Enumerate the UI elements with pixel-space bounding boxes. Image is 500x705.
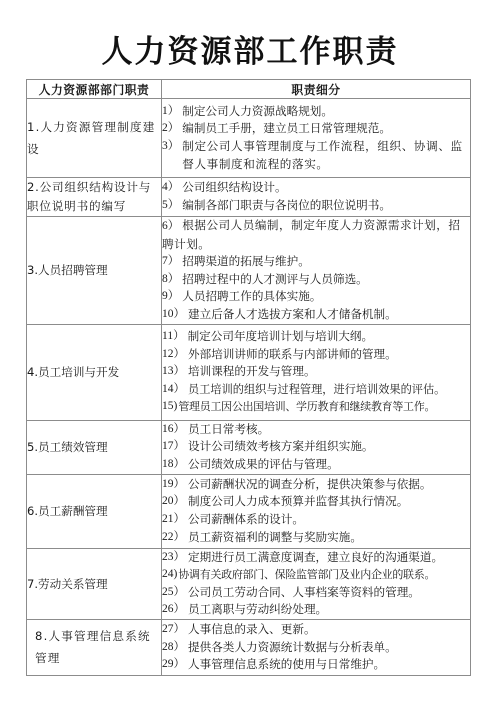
item-number: 19） [162,476,188,494]
duty-item: 17）设计公司绩效考核方案并组织实施。 [162,438,470,456]
department-cell: 4.员工培训与开发 [27,324,162,420]
duty-item: 12）外部培训讲师的联系与内部讲师的管理。 [162,346,470,364]
item-number: 13） [162,363,188,381]
duty-item: 23）定期进行员工满意度调查，建立良好的沟通渠道。 [162,549,470,567]
duty-item: 8）招聘过程中的人才测评与人员筛选。 [162,271,470,289]
duty-item: 6）根据公司人员编制，制定年度人力资源需求计划，招聘计划。 [162,217,470,253]
duty-items-cell: 4）公司组织结构设计。 5）编制各部门职责与各岗位的职位说明书。 [162,178,471,217]
duty-item: 25）公司员工劳动合同、人事档案等资料的管理。 [162,584,470,602]
item-text: 公司组织结构设计。 [182,179,470,197]
duty-item: 20）制度公司人力成本预算并监督其执行情况。 [162,493,470,511]
duty-item: 5）编制各部门职责与各岗位的职位说明书。 [162,197,470,215]
item-text: 公司员工劳动合同、人事档案等资料的管理。 [188,584,470,602]
department-cell: 8.人事管理信息系统管理 [27,619,162,675]
department-cell: 2.公司组织结构设计与职位说明书的编写 [27,178,162,217]
duty-items-cell: 6）根据公司人员编制，制定年度人力资源需求计划，招聘计划。 7）招聘渠道的拓展与… [162,217,471,325]
table-row: 6.员工薪酬管理 19）公司薪酬状况的调查分析，提供决策参与依据。 20）制度公… [27,474,471,548]
item-text: 人员招聘工作的具体实施。 [182,288,470,306]
duty-items-cell: 19）公司薪酬状况的调查分析，提供决策参与依据。 20）制度公司人力成本预算并监… [162,474,471,548]
department-cell: 1.人力资源管理制度建设 [27,99,162,178]
duty-item: 13）培训课程的开发与管理。 [162,363,470,381]
duty-item: 4）公司组织结构设计。 [162,179,470,197]
item-text: 制定公司人事管理制度与工作流程，组织、协调、监督人事制度和流程的落实。 [182,138,470,173]
item-text: 编制各部门职责与各岗位的职位说明书。 [182,197,470,215]
table-row: 1.人力资源管理制度建设 1）制定公司人力资源战略规划。 2）编制员工手册，建立… [27,99,471,178]
table-row: 8.人事管理信息系统管理 27）人事信息的录入、更新。 28）提供各类人力资源统… [27,619,471,675]
item-text: 协调有关政府部门、保险监管部门及业内企业的联系。 [178,566,470,584]
item-text: 管理员工因公出国培训、学历教育和继续教育等工作。 [178,398,470,416]
duty-item: 28）提供各类人力资源统计数据与分析表单。 [162,639,470,657]
duty-item: 14）员工培训的组织与过程管理，进行培训效果的评估。 [162,381,470,399]
duty-item: 26）员工离职与劳动纠纷处理。 [162,601,470,619]
duty-items-cell: 16）员工日常考核。 17）设计公司绩效考核方案并组织实施。 18）公司绩效成果… [162,420,471,474]
duty-item: 24)协调有关政府部门、保险监管部门及业内企业的联系。 [162,566,470,584]
item-text: 员工培训的组织与过程管理，进行培训效果的评估。 [188,381,470,399]
duty-item: 29）人事管理信息系统的使用与日常维护。 [162,656,470,674]
duty-item: 22）员工薪资福利的调整与奖励实施。 [162,529,470,547]
item-text: 人事管理信息系统的使用与日常维护。 [188,656,470,674]
item-text: 员工薪资福利的调整与奖励实施。 [188,529,470,547]
header-duty-details: 职责细分 [162,80,471,99]
item-number: 4） [162,179,182,197]
item-number: 7） [162,253,182,271]
item-text: 根据公司人员编制，制定年度人力资源需求计划，招聘计划。 [162,218,460,251]
item-number: 23） [162,549,188,567]
item-number: 9） [162,288,182,306]
duty-item: 3）制定公司人事管理制度与工作流程，组织、协调、监督人事制度和流程的落实。 [162,138,470,173]
item-number: 17） [162,438,188,456]
item-number: 26） [162,601,188,619]
duty-item: 21）公司薪酬体系的设计。 [162,511,470,529]
item-text: 编制员工手册，建立员工日常管理规范。 [182,120,470,138]
item-text: 人事信息的录入、更新。 [188,621,470,639]
table-row: 2.公司组织结构设计与职位说明书的编写 4）公司组织结构设计。 5）编制各部门职… [27,178,471,217]
item-text: 公司绩效成果的评估与管理。 [188,456,470,474]
department-cell: 7.劳动关系管理 [27,548,162,619]
table-row: 3.人员招聘管理 6）根据公司人员编制，制定年度人力资源需求计划，招聘计划。 7… [27,217,471,325]
item-text: 提供各类人力资源统计数据与分析表单。 [188,639,470,657]
item-text: 制定公司人力资源战略规划。 [182,103,470,121]
item-number: 24) [162,566,178,584]
item-number: 11） [162,328,188,346]
item-text: 公司薪酬体系的设计。 [188,511,470,529]
item-text: 员工日常考核。 [188,421,470,439]
duty-item: 7）招聘渠道的拓展与维护。 [162,253,470,271]
item-text: 制度公司人力成本预算并监督其执行情况。 [188,493,470,511]
item-number: 28） [162,639,188,657]
item-number: 2） [162,120,182,138]
item-number: 12） [162,346,188,364]
item-number: 1） [162,103,182,121]
department-cell: 3.人员招聘管理 [27,217,162,325]
duty-item: 11）制定公司年度培训计划与培训大纲。 [162,328,470,346]
item-number: 15) [162,398,178,416]
table-row: 4.员工培训与开发 11）制定公司年度培训计划与培训大纲。 12）外部培训讲师的… [27,324,471,420]
table-row: 7.劳动关系管理 23）定期进行员工满意度调查，建立良好的沟通渠道。 24)协调… [27,548,471,619]
item-number: 27） [162,621,188,639]
item-number: 5） [162,197,182,215]
duty-item: 10）建立后备人才选拔方案和人才储备机制。 [162,306,470,324]
duty-items-cell: 27）人事信息的录入、更新。 28）提供各类人力资源统计数据与分析表单。 29）… [162,619,471,675]
duty-item: 18）公司绩效成果的评估与管理。 [162,456,470,474]
item-text: 设计公司绩效考核方案并组织实施。 [188,438,470,456]
duty-table: 人力资源部部门职责 职责细分 1.人力资源管理制度建设 1）制定公司人力资源战略… [26,79,471,676]
item-number: 18） [162,456,188,474]
item-number: 10） [162,306,188,324]
item-number: 6） [162,220,182,232]
item-text: 制定公司年度培训计划与培训大纲。 [188,328,470,346]
item-text: 员工离职与劳动纠纷处理。 [188,601,470,619]
item-text: 培训课程的开发与管理。 [188,363,470,381]
duty-items-cell: 23）定期进行员工满意度调查，建立良好的沟通渠道。 24)协调有关政府部门、保险… [162,548,471,619]
item-text: 建立后备人才选拔方案和人才储备机制。 [188,306,470,324]
item-text: 招聘过程中的人才测评与人员筛选。 [182,271,470,289]
table-header-row: 人力资源部部门职责 职责细分 [27,80,471,99]
duty-item: 16）员工日常考核。 [162,421,470,439]
duty-item: 2）编制员工手册，建立员工日常管理规范。 [162,120,470,138]
table-row: 5.员工绩效管理 16）员工日常考核。 17）设计公司绩效考核方案并组织实施。 … [27,420,471,474]
item-number: 29） [162,656,188,674]
item-number: 16） [162,421,188,439]
item-number: 22） [162,529,188,547]
department-cell: 6.员工薪酬管理 [27,474,162,548]
duty-item: 9）人员招聘工作的具体实施。 [162,288,470,306]
item-number: 20） [162,493,188,511]
duty-item: 19）公司薪酬状况的调查分析，提供决策参与依据。 [162,476,470,494]
department-cell: 5.员工绩效管理 [27,420,162,474]
item-number: 14） [162,381,188,399]
item-text: 公司薪酬状况的调查分析，提供决策参与依据。 [188,476,470,494]
duty-items-cell: 11）制定公司年度培训计划与培训大纲。 12）外部培训讲师的联系与内部讲师的管理… [162,324,471,420]
item-number: 25） [162,584,188,602]
item-text: 外部培训讲师的联系与内部讲师的管理。 [188,346,470,364]
duty-item: 15)管理员工因公出国培训、学历教育和继续教育等工作。 [162,398,470,416]
item-number: 21） [162,511,188,529]
duty-item: 1）制定公司人力资源战略规划。 [162,103,470,121]
header-department: 人力资源部部门职责 [27,80,162,99]
item-text: 招聘渠道的拓展与维护。 [182,253,470,271]
item-number: 3） [162,138,182,173]
duty-items-cell: 1）制定公司人力资源战略规划。 2）编制员工手册，建立员工日常管理规范。 3）制… [162,99,471,178]
duty-item: 27）人事信息的录入、更新。 [162,621,470,639]
item-number: 8） [162,271,182,289]
page-title: 人力资源部工作职责 [0,30,500,74]
item-text: 定期进行员工满意度调查，建立良好的沟通渠道。 [188,549,470,567]
